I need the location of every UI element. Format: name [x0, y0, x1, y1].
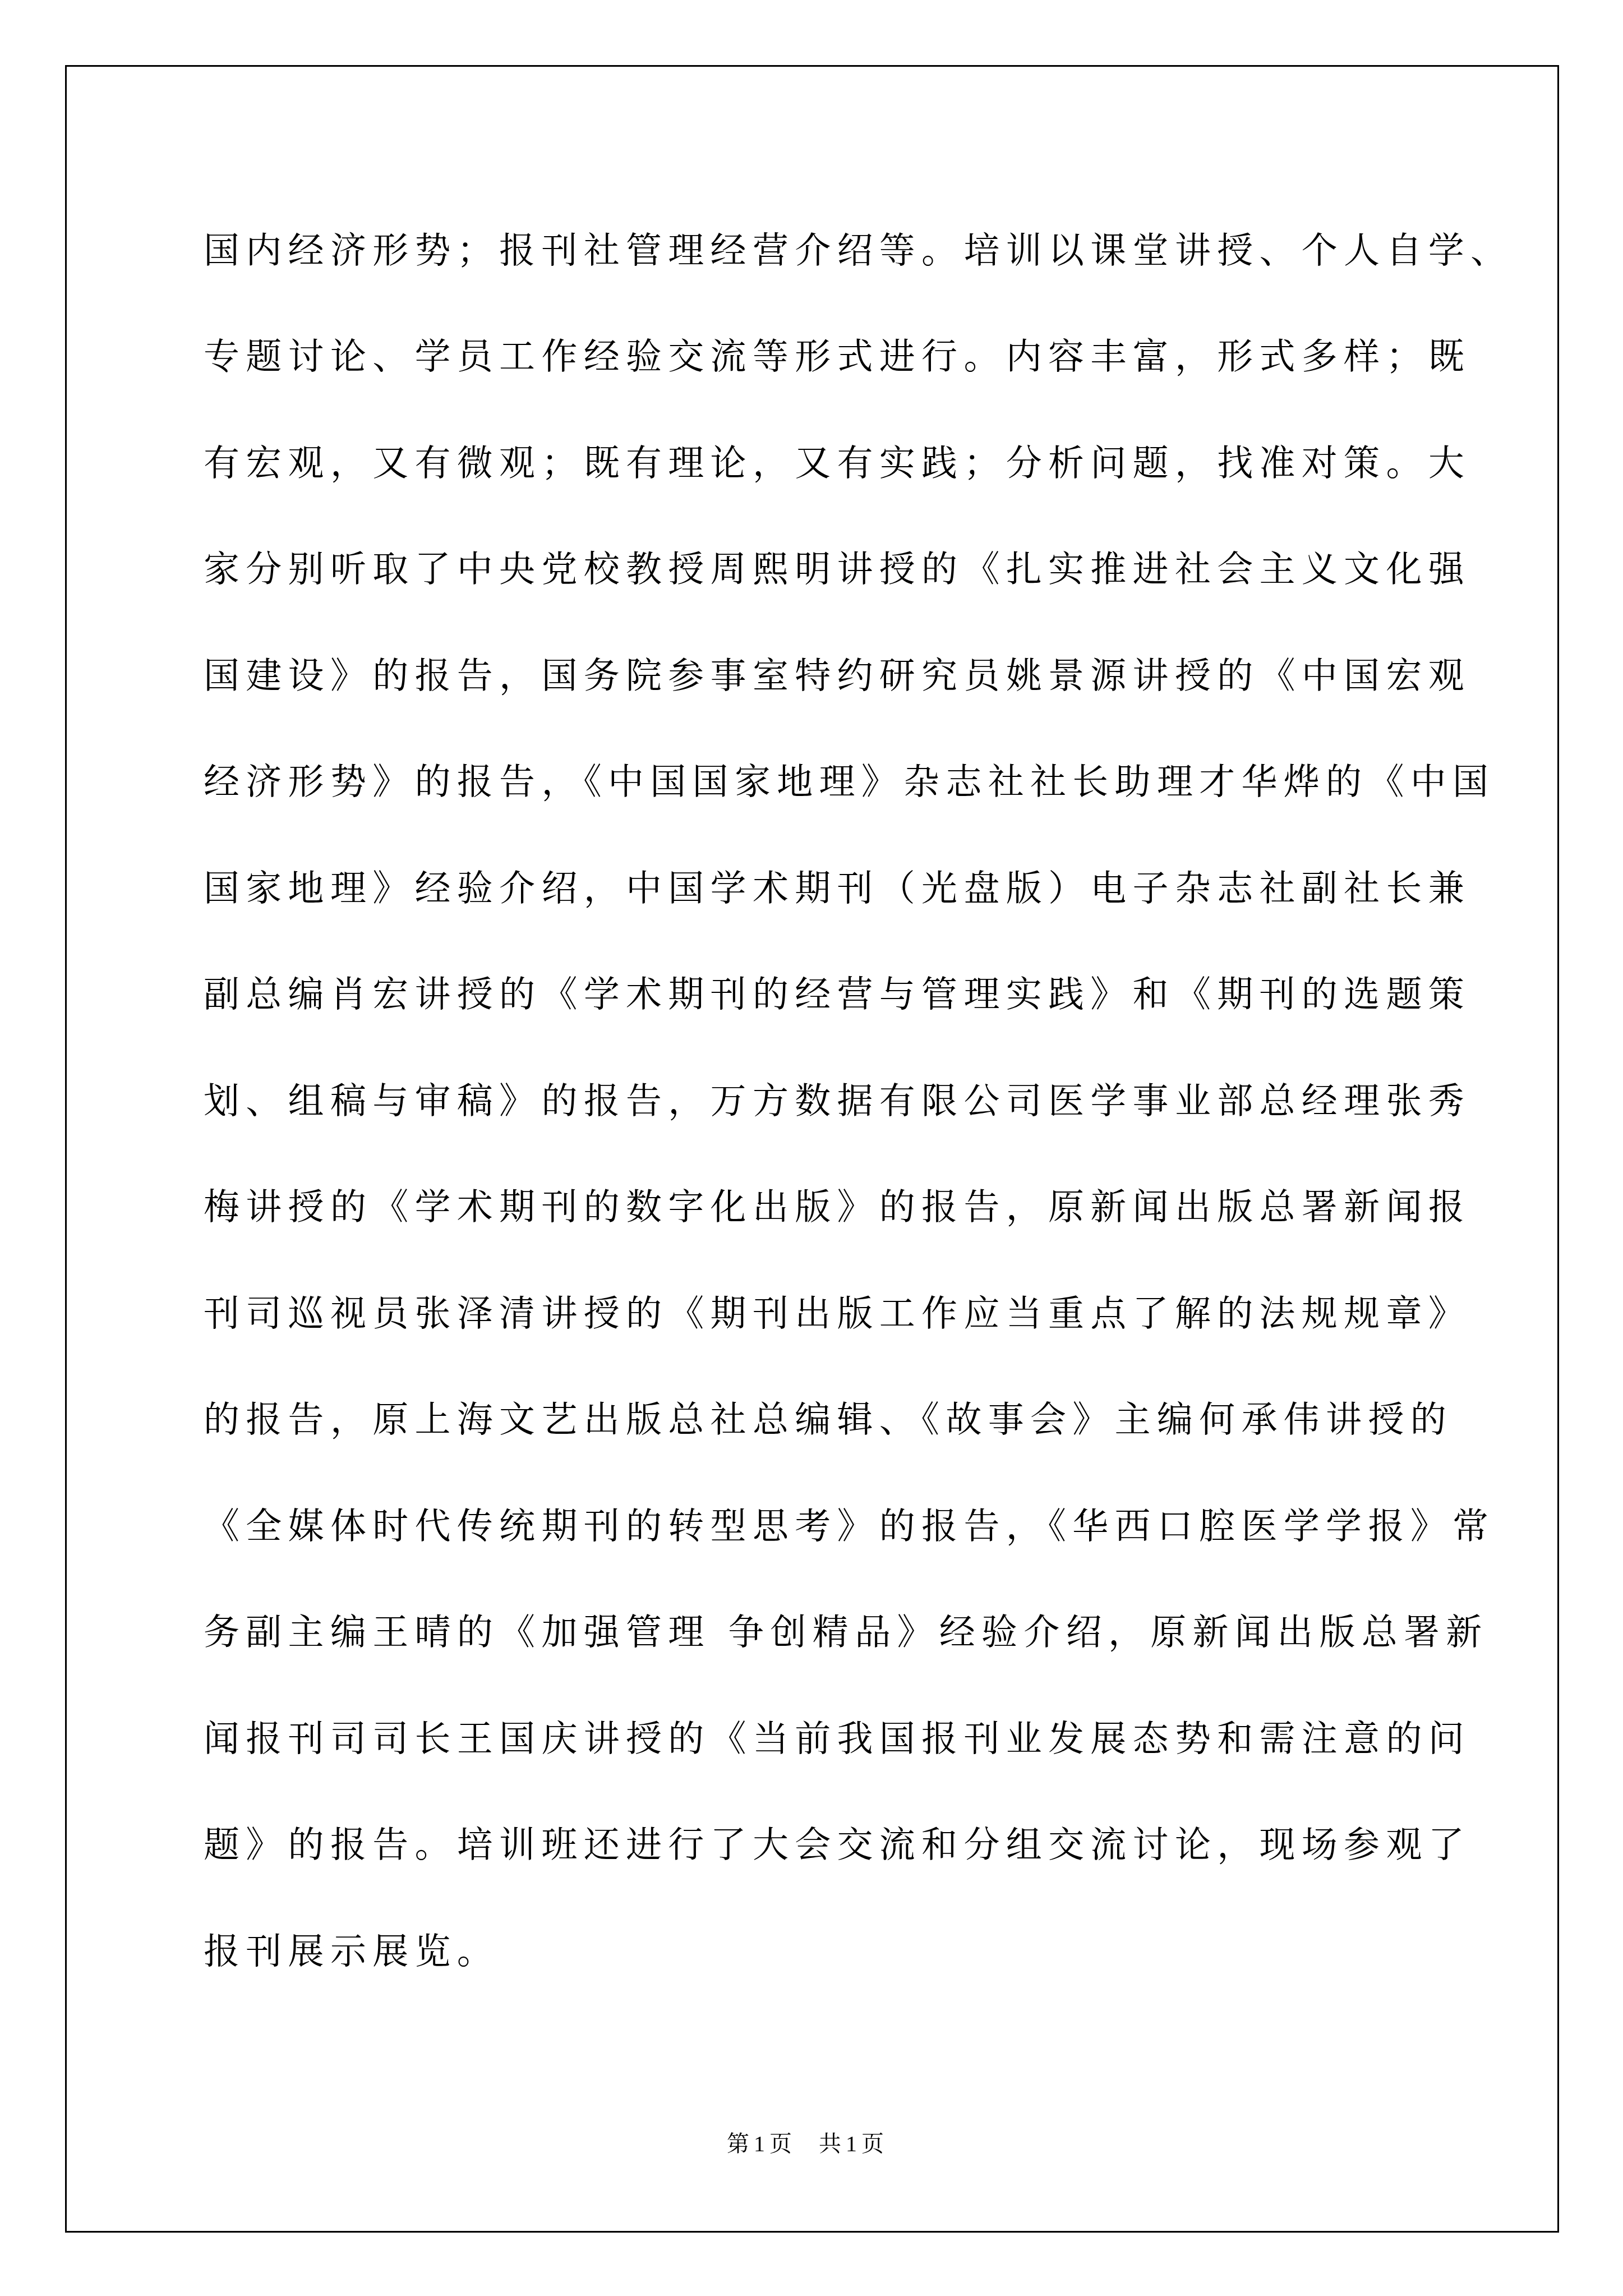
- paragraph-line: 的报告，原上海文艺出版总社总编辑、《故事会》主编何承伟讲授的: [204, 1402, 1453, 1438]
- paragraph-line: 务副主编王晴的《加强管理 争创精品》经验介绍，原新闻出版总署新: [204, 1614, 1488, 1650]
- current-page-number: 1: [749, 2132, 769, 2156]
- paragraph-line: 国建设》的报告，国务院参事室特约研究员姚景源讲授的《中国宏观: [204, 658, 1470, 694]
- page-number-footer: 第1页共1页: [727, 2132, 895, 2156]
- paragraph-line: 报刊展示展览。: [204, 1934, 499, 1970]
- page-suffix: 页: [769, 2132, 792, 2156]
- paragraph-line: 副总编肖宏讲授的《学术期刊的经营与管理实践》和《期刊的选题策: [204, 977, 1470, 1013]
- paragraph-line: 专题讨论、学员工作经验交流等形式进行。内容丰富，形式多样；既: [204, 339, 1470, 375]
- page-prefix: 第: [727, 2132, 749, 2156]
- page-border: [65, 65, 1559, 2233]
- paragraph-line: 《全媒体时代传统期刊的转型思考》的报告，《华西口腔医学学报》常: [204, 1508, 1495, 1544]
- paragraph-line: 梅讲授的《学术期刊的数字化出版》的报告，原新闻出版总署新闻报: [204, 1189, 1470, 1225]
- paragraph-line: 经济形势》的报告，《中国国家地理》杂志社社长助理才华烨的《中国: [204, 764, 1495, 800]
- total-pages-number: 1: [841, 2132, 861, 2156]
- paragraph-line: 刊司巡视员张泽清讲授的《期刊出版工作应当重点了解的法规规章》: [204, 1296, 1470, 1332]
- paragraph-line: 有宏观，又有微观；既有理论，又有实践；分析问题，找准对策。大: [204, 445, 1470, 481]
- paragraph-line: 题》的报告。培训班还进行了大会交流和分组交流讨论，现场参观了: [204, 1827, 1470, 1863]
- paragraph-line: 国内经济形势；报刊社管理经营介绍等。培训以课堂讲授、个人自学、: [204, 233, 1513, 269]
- paragraph-line: 划、组稿与审稿》的报告，万方数据有限公司医学事业部总经理张秀: [204, 1083, 1470, 1119]
- paragraph-line: 闻报刊司司长王国庆讲授的《当前我国报刊业发展态势和需注意的问: [204, 1721, 1470, 1757]
- paragraph-line: 国家地理》经验介绍，中国学术期刊（光盘版）电子杂志社副社长兼: [204, 871, 1470, 907]
- total-suffix: 页: [861, 2132, 884, 2156]
- paragraph-line: 家分别听取了中央党校教授周熙明讲授的《扎实推进社会主义文化强: [204, 551, 1470, 587]
- total-prefix: 共: [819, 2132, 841, 2156]
